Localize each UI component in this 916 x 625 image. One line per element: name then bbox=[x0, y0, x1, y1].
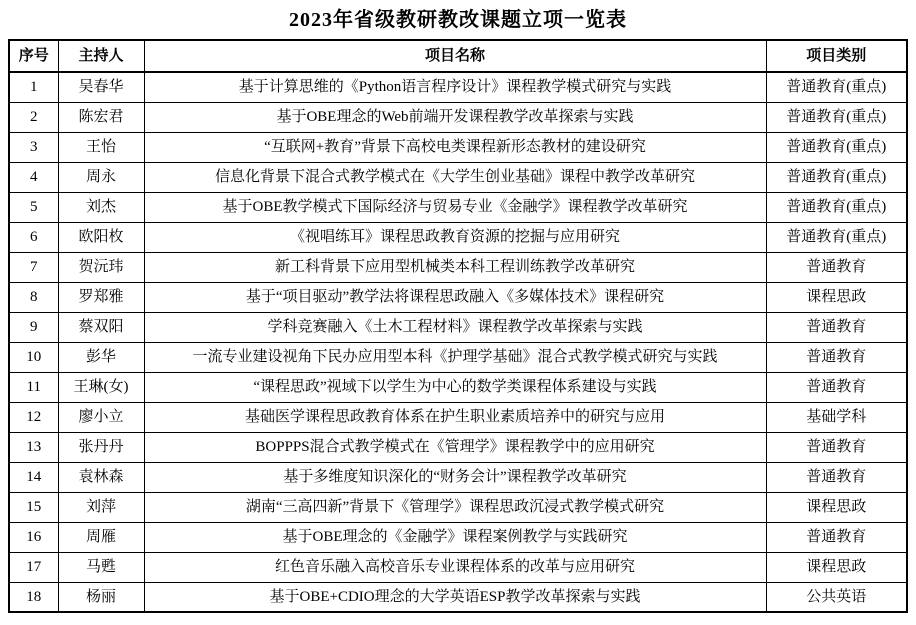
cell-category: 普通教育 bbox=[766, 372, 907, 402]
cell-host: 马甦 bbox=[58, 552, 144, 582]
cell-host: 张丹丹 bbox=[58, 432, 144, 462]
cell-project: BOPPPS混合式教学模式在《管理学》课程教学中的应用研究 bbox=[144, 432, 766, 462]
cell-host: 欧阳枚 bbox=[58, 222, 144, 252]
cell-category: 公共英语 bbox=[766, 582, 907, 612]
cell-host: 周永 bbox=[58, 162, 144, 192]
table-row: 8罗郑雅基于“项目驱动”教学法将课程思政融入《多媒体技术》课程研究课程思政 bbox=[9, 282, 907, 312]
cell-index: 8 bbox=[9, 282, 58, 312]
table-row: 13张丹丹BOPPPS混合式教学模式在《管理学》课程教学中的应用研究普通教育 bbox=[9, 432, 907, 462]
cell-host: 彭华 bbox=[58, 342, 144, 372]
cell-index: 10 bbox=[9, 342, 58, 372]
table-row: 15刘萍湖南“三高四新”背景下《管理学》课程思政沉浸式教学模式研究课程思政 bbox=[9, 492, 907, 522]
table-row: 18杨丽基于OBE+CDIO理念的大学英语ESP教学改革探索与实践公共英语 bbox=[9, 582, 907, 612]
cell-project: 基于OBE+CDIO理念的大学英语ESP教学改革探索与实践 bbox=[144, 582, 766, 612]
header-project: 项目名称 bbox=[144, 40, 766, 72]
table-row: 1吴春华基于计算思维的《Python语言程序设计》课程教学模式研究与实践普通教育… bbox=[9, 72, 907, 102]
cell-category: 普通教育(重点) bbox=[766, 72, 907, 102]
table-row: 12廖小立基础医学课程思政教育体系在护生职业素质培养中的研究与应用基础学科 bbox=[9, 402, 907, 432]
cell-index: 6 bbox=[9, 222, 58, 252]
cell-host: 廖小立 bbox=[58, 402, 144, 432]
cell-project: “互联网+教育”背景下高校电类课程新形态教材的建设研究 bbox=[144, 132, 766, 162]
table-header-row: 序号 主持人 项目名称 项目类别 bbox=[9, 40, 907, 72]
cell-host: 周雁 bbox=[58, 522, 144, 552]
cell-host: 王琳(女) bbox=[58, 372, 144, 402]
cell-index: 9 bbox=[9, 312, 58, 342]
cell-index: 2 bbox=[9, 102, 58, 132]
table-row: 17马甦红色音乐融入高校音乐专业课程体系的改革与应用研究课程思政 bbox=[9, 552, 907, 582]
header-host: 主持人 bbox=[58, 40, 144, 72]
table-row: 7贺沅玮新工科背景下应用型机械类本科工程训练教学改革研究普通教育 bbox=[9, 252, 907, 282]
cell-project: 基础医学课程思政教育体系在护生职业素质培养中的研究与应用 bbox=[144, 402, 766, 432]
cell-category: 普通教育(重点) bbox=[766, 162, 907, 192]
cell-project: 《视唱练耳》课程思政教育资源的挖掘与应用研究 bbox=[144, 222, 766, 252]
cell-host: 袁林森 bbox=[58, 462, 144, 492]
cell-category: 普通教育 bbox=[766, 342, 907, 372]
cell-project: 新工科背景下应用型机械类本科工程训练教学改革研究 bbox=[144, 252, 766, 282]
cell-index: 14 bbox=[9, 462, 58, 492]
cell-index: 17 bbox=[9, 552, 58, 582]
table-header: 序号 主持人 项目名称 项目类别 bbox=[9, 40, 907, 72]
table-row: 16周雁基于OBE理念的《金融学》课程案例教学与实践研究普通教育 bbox=[9, 522, 907, 552]
cell-category: 普通教育(重点) bbox=[766, 132, 907, 162]
cell-project: “课程思政”视域下以学生为中心的数学类课程体系建设与实践 bbox=[144, 372, 766, 402]
cell-host: 王怡 bbox=[58, 132, 144, 162]
table-body: 1吴春华基于计算思维的《Python语言程序设计》课程教学模式研究与实践普通教育… bbox=[9, 72, 907, 612]
cell-category: 普通教育(重点) bbox=[766, 102, 907, 132]
cell-category: 普通教育 bbox=[766, 462, 907, 492]
cell-category: 课程思政 bbox=[766, 552, 907, 582]
cell-project: 基于OBE理念的Web前端开发课程教学改革探索与实践 bbox=[144, 102, 766, 132]
table-row: 4周永信息化背景下混合式教学模式在《大学生创业基础》课程中教学改革研究普通教育(… bbox=[9, 162, 907, 192]
cell-index: 1 bbox=[9, 72, 58, 102]
cell-index: 13 bbox=[9, 432, 58, 462]
cell-project: 基于OBE理念的《金融学》课程案例教学与实践研究 bbox=[144, 522, 766, 552]
cell-index: 3 bbox=[9, 132, 58, 162]
project-table: 序号 主持人 项目名称 项目类别 1吴春华基于计算思维的《Python语言程序设… bbox=[8, 39, 908, 613]
cell-project: 基于多维度知识深化的“财务会计”课程教学改革研究 bbox=[144, 462, 766, 492]
table-row: 5刘杰基于OBE教学模式下国际经济与贸易专业《金融学》课程教学改革研究普通教育(… bbox=[9, 192, 907, 222]
header-index: 序号 bbox=[9, 40, 58, 72]
cell-category: 普通教育(重点) bbox=[766, 222, 907, 252]
table-row: 10彭华一流专业建设视角下民办应用型本科《护理学基础》混合式教学模式研究与实践普… bbox=[9, 342, 907, 372]
cell-project: 学科竞赛融入《土木工程材料》课程教学改革探索与实践 bbox=[144, 312, 766, 342]
document-page: 2023年省级教研教改课题立项一览表 序号 主持人 项目名称 项目类别 1吴春华… bbox=[0, 0, 916, 625]
cell-project: 一流专业建设视角下民办应用型本科《护理学基础》混合式教学模式研究与实践 bbox=[144, 342, 766, 372]
cell-category: 课程思政 bbox=[766, 282, 907, 312]
cell-index: 15 bbox=[9, 492, 58, 522]
cell-project: 基于OBE教学模式下国际经济与贸易专业《金融学》课程教学改革研究 bbox=[144, 192, 766, 222]
cell-index: 4 bbox=[9, 162, 58, 192]
cell-index: 11 bbox=[9, 372, 58, 402]
cell-host: 陈宏君 bbox=[58, 102, 144, 132]
cell-index: 18 bbox=[9, 582, 58, 612]
cell-project: 信息化背景下混合式教学模式在《大学生创业基础》课程中教学改革研究 bbox=[144, 162, 766, 192]
cell-category: 课程思政 bbox=[766, 492, 907, 522]
cell-host: 贺沅玮 bbox=[58, 252, 144, 282]
table-row: 9蔡双阳学科竞赛融入《土木工程材料》课程教学改革探索与实践普通教育 bbox=[9, 312, 907, 342]
cell-project: 基于“项目驱动”教学法将课程思政融入《多媒体技术》课程研究 bbox=[144, 282, 766, 312]
cell-host: 杨丽 bbox=[58, 582, 144, 612]
cell-category: 普通教育 bbox=[766, 252, 907, 282]
cell-host: 蔡双阳 bbox=[58, 312, 144, 342]
table-row: 2陈宏君基于OBE理念的Web前端开发课程教学改革探索与实践普通教育(重点) bbox=[9, 102, 907, 132]
cell-category: 普通教育(重点) bbox=[766, 192, 907, 222]
cell-project: 湖南“三高四新”背景下《管理学》课程思政沉浸式教学模式研究 bbox=[144, 492, 766, 522]
cell-host: 刘杰 bbox=[58, 192, 144, 222]
cell-index: 16 bbox=[9, 522, 58, 552]
cell-index: 5 bbox=[9, 192, 58, 222]
table-row: 11王琳(女)“课程思政”视域下以学生为中心的数学类课程体系建设与实践普通教育 bbox=[9, 372, 907, 402]
table-row: 14袁林森基于多维度知识深化的“财务会计”课程教学改革研究普通教育 bbox=[9, 462, 907, 492]
header-category: 项目类别 bbox=[766, 40, 907, 72]
cell-host: 刘萍 bbox=[58, 492, 144, 522]
table-row: 3王怡“互联网+教育”背景下高校电类课程新形态教材的建设研究普通教育(重点) bbox=[9, 132, 907, 162]
table-row: 6欧阳枚《视唱练耳》课程思政教育资源的挖掘与应用研究普通教育(重点) bbox=[9, 222, 907, 252]
cell-host: 吴春华 bbox=[58, 72, 144, 102]
cell-category: 普通教育 bbox=[766, 312, 907, 342]
cell-index: 7 bbox=[9, 252, 58, 282]
cell-category: 基础学科 bbox=[766, 402, 907, 432]
cell-category: 普通教育 bbox=[766, 522, 907, 552]
cell-host: 罗郑雅 bbox=[58, 282, 144, 312]
page-title: 2023年省级教研教改课题立项一览表 bbox=[0, 0, 916, 32]
cell-project: 红色音乐融入高校音乐专业课程体系的改革与应用研究 bbox=[144, 552, 766, 582]
cell-project: 基于计算思维的《Python语言程序设计》课程教学模式研究与实践 bbox=[144, 72, 766, 102]
cell-category: 普通教育 bbox=[766, 432, 907, 462]
cell-index: 12 bbox=[9, 402, 58, 432]
